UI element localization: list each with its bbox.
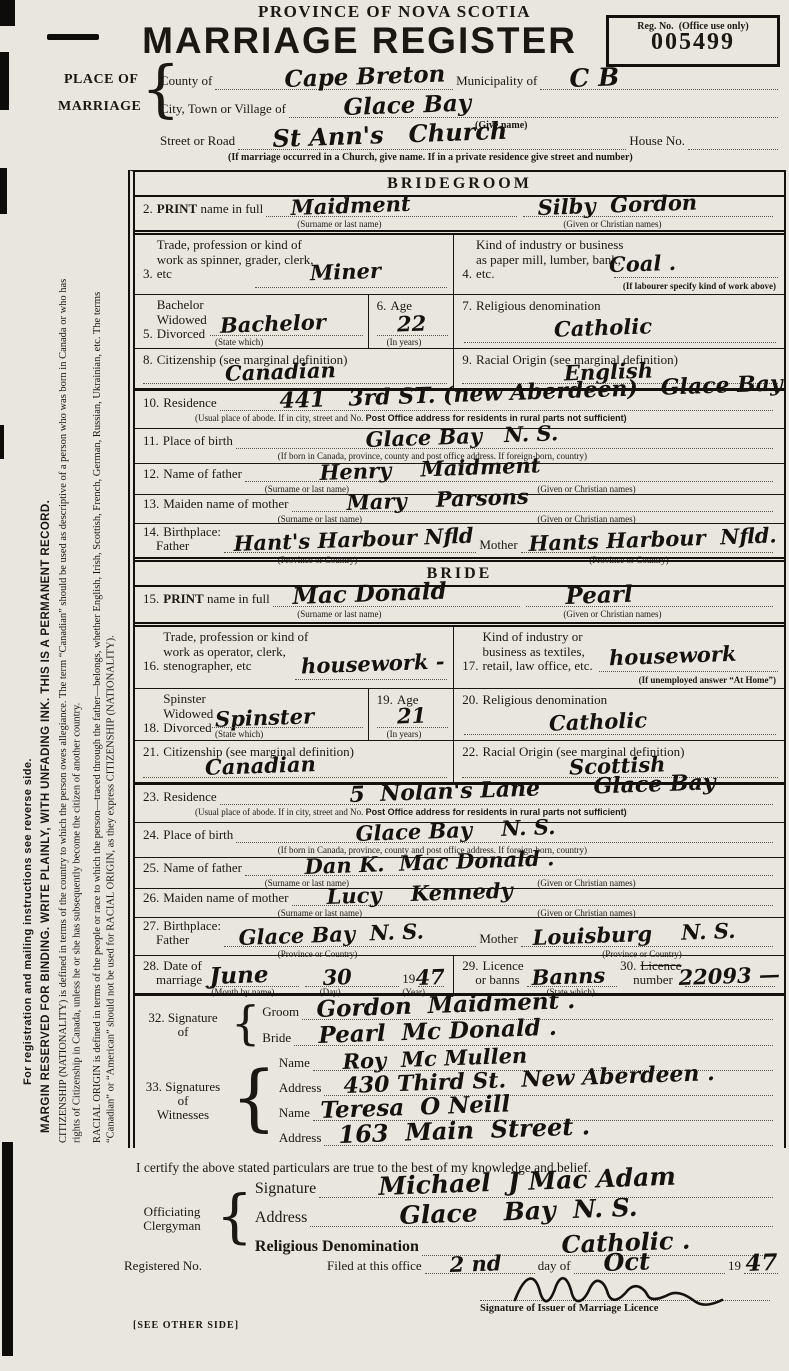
item-number: 23. [143,789,163,805]
state-which-caption: (State which) [215,337,263,347]
row-bride-mother: 26. Maiden name of mother Lucy Kennedy (… [135,889,784,918]
marriage-label: MARRIAGE [58,99,141,115]
item-number: 8. [143,352,157,368]
bride-father-field: Dan K. Mac Donald . [245,860,773,876]
bride-trade-cell: 16. Trade, profession or kind of work as… [135,627,454,688]
row-bride-parents-birthplace: 27.Birthplace: Father Glace Bay N. S. Mo… [135,918,784,956]
bride-birth-label: Place of birth [163,827,233,843]
item-number: 9. [462,352,476,368]
see-other-side-note: [SEE OTHER SIDE] [133,1320,239,1331]
witness1-address-field: 430 Third St. New Aberdeen . [324,1080,773,1096]
item-number: 11. [143,433,163,449]
given-caption: (Given or Christian names) [563,609,661,619]
house-no-label: House No. [629,133,685,150]
item-number: 25. [143,860,163,876]
mother-label: Mother [479,537,517,553]
licence-or-banns-label: Licence [483,958,524,973]
scan-artifact [2,1142,13,1356]
groom-mother-birth-field: Hants Harbour Nfld. [521,537,773,553]
street-line: Street or Road St Ann's Church House No. [160,133,781,150]
city-value: Glace Bay [343,90,472,121]
bride-birth-field: Glace Bay N. S. [236,827,773,843]
bride-religion-value: Catholic [549,707,648,735]
province-caption: (Province or Country) [278,555,357,565]
signature-brace: { [231,996,260,1050]
witnesses-label: 33. SignaturesofWitnesses [135,1080,231,1122]
licence-struck-label: Licence [640,958,681,973]
groom-surname-field: Maidment [266,201,516,217]
bride-age-cell: 19. Age 21 (In years) [369,689,455,740]
row-groom-trade-industry: 3. Trade, profession or kind of work as … [135,235,784,295]
county-value: Cape Breton [284,60,446,93]
unemployed-caption: (If unemployed answer “At Home”) [639,675,776,685]
bride-religion-cell: 20. Religious denomination Catholic [454,689,784,740]
groom-mother-label: Maiden name of mother [163,496,288,512]
groom-father-label: Name of father [163,466,242,482]
bride-father-label: Name of father [163,860,242,876]
residence-caption-plain: (Usual place of abode. If in city, stree… [195,413,366,423]
bride-residence-field: 5 Nolan's Lane Glace Bay [220,789,773,805]
item-number: 15. [143,591,163,607]
groom-age-value: 22 [396,310,426,336]
groom-mother-birth-value: Hants Harbour Nfld. [528,522,777,556]
county-field: Cape Breton [215,74,453,90]
row-groom-name: 2. PRINT name in full Maidment Silby Gor… [135,197,784,235]
item-number: 7. [462,298,476,314]
groom-sig-label: Groom [262,1004,299,1020]
marriage-month-value: June [209,961,269,990]
bride-age-value: 21 [396,702,426,728]
street-label: Street or Road [160,133,235,150]
house-no-field [688,134,778,150]
father-label: Father [156,932,189,947]
row-witnesses: 33. SignaturesofWitnesses { Name Roy Mc … [135,1054,784,1148]
register-table: BRIDEGROOM 2. PRINT name in full Maidmen… [128,170,786,1148]
bride-mother-value: Lucy Kennedy [326,878,513,909]
county-label: County of [160,73,212,90]
marriage-date-cell: 28.Date of marriage June 30 19 47 (Month… [135,956,454,993]
surname-caption: (Surname or last name) [265,484,349,494]
bride-given-value: Pearl [565,581,633,610]
groom-birth-field: Glace Bay N. S. [236,433,773,449]
street-field: St Ann's Church [238,134,626,150]
given-caption: (Given or Christian names) [537,484,635,494]
print-label-rest: name in full [204,591,270,606]
groom-father-birth-field: Hant's Harbour Nfld [224,537,476,553]
groom-mother-value: Mary Parsons [346,484,529,515]
witness-address-label: Address [279,1130,322,1146]
groom-industry-value: Coal . [609,250,677,277]
marriage-month-field: June [205,971,299,987]
form-header: PROVINCE OF NOVA SCOTIA MARRIAGE REGISTE… [0,0,789,170]
street-value: St Ann's Church [272,116,508,153]
groom-residence-field: 441 3rd ST. (new Aberdeen) Glace Bay N. … [220,395,773,411]
item-number: 19. [377,692,397,708]
marriage-year-field: 47 [418,971,444,987]
print-label-rest: name in full [197,201,263,216]
witness-name-label: Name [279,1105,310,1121]
bride-mother-birth-value: Louisburg N. S. [532,918,736,950]
municipality-field: C B [540,74,778,90]
row-groom-status-age-religion: 5. BachelorWidowedDivorced Bachelor (Sta… [135,295,784,349]
groom-religion-label: Religious denomination [476,298,601,314]
given-caption: (Given or Christian names) [537,908,635,918]
margin-note-racial-origin: RACIAL ORIGIN is defined in terms of the… [91,255,119,1143]
item-number: 5. [143,326,157,342]
bride-mother-field: Lucy Kennedy [292,890,773,906]
item-number: 4. [462,266,476,282]
officiating-clergyman-label: OfficiatingClergyman [128,1205,216,1233]
row-bride-status-age-religion: 18. SpinsterWidowedDivorced Spinster (St… [135,689,784,741]
marriage-register-document: For registration and mailing instruction… [0,0,789,1371]
groom-mother-field: Mary Parsons [292,496,773,512]
father-label: Father [156,538,189,553]
clergyman-brace: { [216,1182,253,1250]
groom-age-cell: 6. Age 22 (In years) [369,295,455,348]
bride-industry-value: housework [609,641,737,670]
item-number: 20. [462,692,482,708]
item-number: 28. [143,958,163,973]
year-printed: 19 [402,971,415,987]
city-line: City, Town or Village of Glace Bay [160,101,781,118]
item-number: 6. [377,298,391,314]
row-bride-name: 15. PRINT name in full Mac Donald Pearl … [135,587,784,627]
item-number: 29. [462,958,482,973]
item-number: 3. [143,266,157,282]
filed-day-value: 2 nd [449,1250,502,1277]
groom-industry-label: Kind of industry or business as paper mi… [476,238,626,282]
scan-artifact [0,425,4,459]
labourer-caption: (If labourer specify kind of work above) [623,281,776,291]
groom-given-value: Silby Gordon [537,189,697,220]
residence-caption-plain: (Usual place of abode. If in city, stree… [195,807,366,817]
item-number: 16. [143,658,163,674]
licence-number-value: 22093 — [678,961,780,990]
bride-industry-label: Kind of industry or business as textiles… [483,630,613,674]
city-label: City, Town or Village of [160,101,286,118]
place-of-label: PLACE OF [64,72,138,88]
bride-residence-label: Residence [163,789,216,805]
groom-industry-cell: 4. Kind of industry or business as paper… [454,235,784,294]
clergy-signature-label: Signature [255,1180,316,1198]
item-number: 27. [143,918,163,933]
margin-note-registration: For registration and mailing instruction… [22,420,37,1085]
print-label-bold: PRINT [157,201,197,216]
witnesses-brace: { [231,1055,277,1139]
groom-given-field: Silby Gordon [523,201,773,217]
surname-caption: (Surname or last name) [278,514,362,524]
birthplace-label: Birthplace: [163,524,221,539]
item-number: 21. [143,744,163,760]
banns-value: Banns [531,962,606,990]
given-caption: (Given or Christian names) [537,878,635,888]
clergy-address-field: Glace Bay N. S. [310,1211,773,1227]
item-number: 18. [143,720,163,736]
birthplace-label: Birthplace: [163,918,221,933]
groom-trade-value: Miner [310,258,382,285]
number-label: number [633,972,673,987]
groom-residence-label: Residence [163,395,216,411]
groom-status-cell: 5. BachelorWidowedDivorced Bachelor (Sta… [135,295,369,348]
licence-banns-cell: 29.Licence or banns Banns 30.Licence num… [454,956,784,993]
print-label-bold: PRINT [163,591,203,606]
bride-father-birth-field: Glace Bay N. S. [224,931,476,947]
item-number: 2. [143,201,157,217]
date-of-marriage-label2: marriage [156,972,202,987]
bride-mother-birth-field: Louisburg N. S. [521,931,773,947]
item-number: 24. [143,827,163,843]
groom-religion-cell: 7. Religious denomination Catholic [454,295,784,348]
registered-no-label: Registered No. [124,1258,202,1274]
bride-trade-value: housework - [300,649,444,679]
registration-number-box: Reg. No. (Office use only) 005499 [606,15,780,67]
item-number: 10. [143,395,163,411]
bride-status-cell: 18. SpinsterWidowedDivorced Spinster (St… [135,689,369,740]
scan-artifact [0,168,7,214]
given-caption: (Given or Christian names) [563,219,661,229]
bride-citizenship-cell: 21. Citizenship (see marginal definition… [135,741,454,782]
bride-surname-value: Mac Donald [292,578,447,610]
signature-of-label: 32. Signatureof [135,1011,231,1039]
item-number: 14. [143,524,163,539]
bride-signature-field: Pearl Mc Donald . [294,1030,773,1046]
groom-surname-value: Maidment [290,191,411,220]
licence-number-field: 22093 — [685,971,775,987]
date-of-marriage-label: Date of [163,958,202,973]
bride-given-field: Pearl [526,591,773,607]
clergy-address-label: Address [255,1209,307,1227]
city-field: Glace Bay [289,102,778,118]
bride-father-birth-value: Glace Bay N. S. [238,919,424,950]
surname-caption: (Surname or last name) [297,219,381,229]
county-line: County of Cape Breton Municipality of C … [160,73,781,90]
margin-note-citizenship: CITIZENSHIP (NATIONALITY) is defined in … [57,255,85,1143]
groom-father-field: Henry Maidment [245,466,773,482]
bride-mother-label: Maiden name of mother [163,890,288,906]
groom-religion-value: Catholic [554,313,653,341]
filed-at-office-label: Filed at this office [327,1258,422,1274]
row-groom-mother: 13. Maiden name of mother Mary Parsons (… [135,495,784,524]
witness-address-label: Address [279,1080,322,1096]
bride-sig-label: Bride [262,1030,291,1046]
issuer-signature-scrawl [510,1264,750,1310]
bride-industry-cell: 17. Kind of industry or business as text… [454,627,784,688]
province-caption: (Province or Country) [589,555,668,565]
clergyman-block: OfficiatingClergyman { Signature Michael… [128,1180,784,1258]
item-number: 26. [143,890,163,906]
in-years-caption: (In years) [387,729,422,739]
item-number: 30. [620,958,640,973]
registration-number: 005499 [609,32,777,52]
bride-trade-label: Trade, profession or kind of work as ope… [163,630,313,674]
groom-trade-cell: 3. Trade, profession or kind of work as … [135,235,454,294]
groom-trade-label: Trade, profession or kind of work as spi… [157,238,322,282]
bride-surname-field: Mac Donald [273,591,520,607]
state-which-caption: (State which) [215,729,263,739]
banns-field: Banns [527,971,617,987]
given-caption: (Given or Christian names) [537,514,635,524]
witness-name-label: Name [279,1055,310,1071]
groom-citizenship-cell: 8. Citizenship (see marginal definition)… [135,349,454,388]
licence-or-banns-label2: or banns [475,972,519,987]
row-bride-trade-industry: 16. Trade, profession or kind of work as… [135,627,784,689]
in-years-caption: (In years) [387,337,422,347]
mother-label: Mother [479,931,517,947]
groom-birth-value: Glace Bay N. S. [365,420,558,452]
surname-caption: (Surname or last name) [297,609,381,619]
item-number: 22. [462,744,482,760]
street-caption: (If marriage occurred in a Church, give … [228,152,633,163]
item-number: 17. [462,658,482,674]
surname-caption: (Surname or last name) [278,908,362,918]
municipality-value: C B [569,62,620,93]
groom-birth-label: Place of birth [163,433,233,449]
margin-note-binding: MARGIN RESERVED FOR BINDING. WRITE PLAIN… [40,245,55,1133]
clergy-denomination-label: Religious Denomination [255,1238,419,1256]
item-number: 12. [143,466,163,482]
row-groom-parents-birthplace: 14.Birthplace: Father Hant's Harbour Nfl… [135,524,784,562]
item-number: 13. [143,496,163,512]
marriage-day-field: 30 [305,971,399,987]
bride-religion-label: Religious denomination [483,692,608,708]
groom-father-birth-value: Hant's Harbour Nfld [233,523,474,556]
municipality-label: Municipality of [456,73,537,90]
issuer-signature-block: Signature of Issuer of Marriage Licence [480,1278,780,1314]
witness2-address-field: 163 Main Street . [324,1130,773,1146]
